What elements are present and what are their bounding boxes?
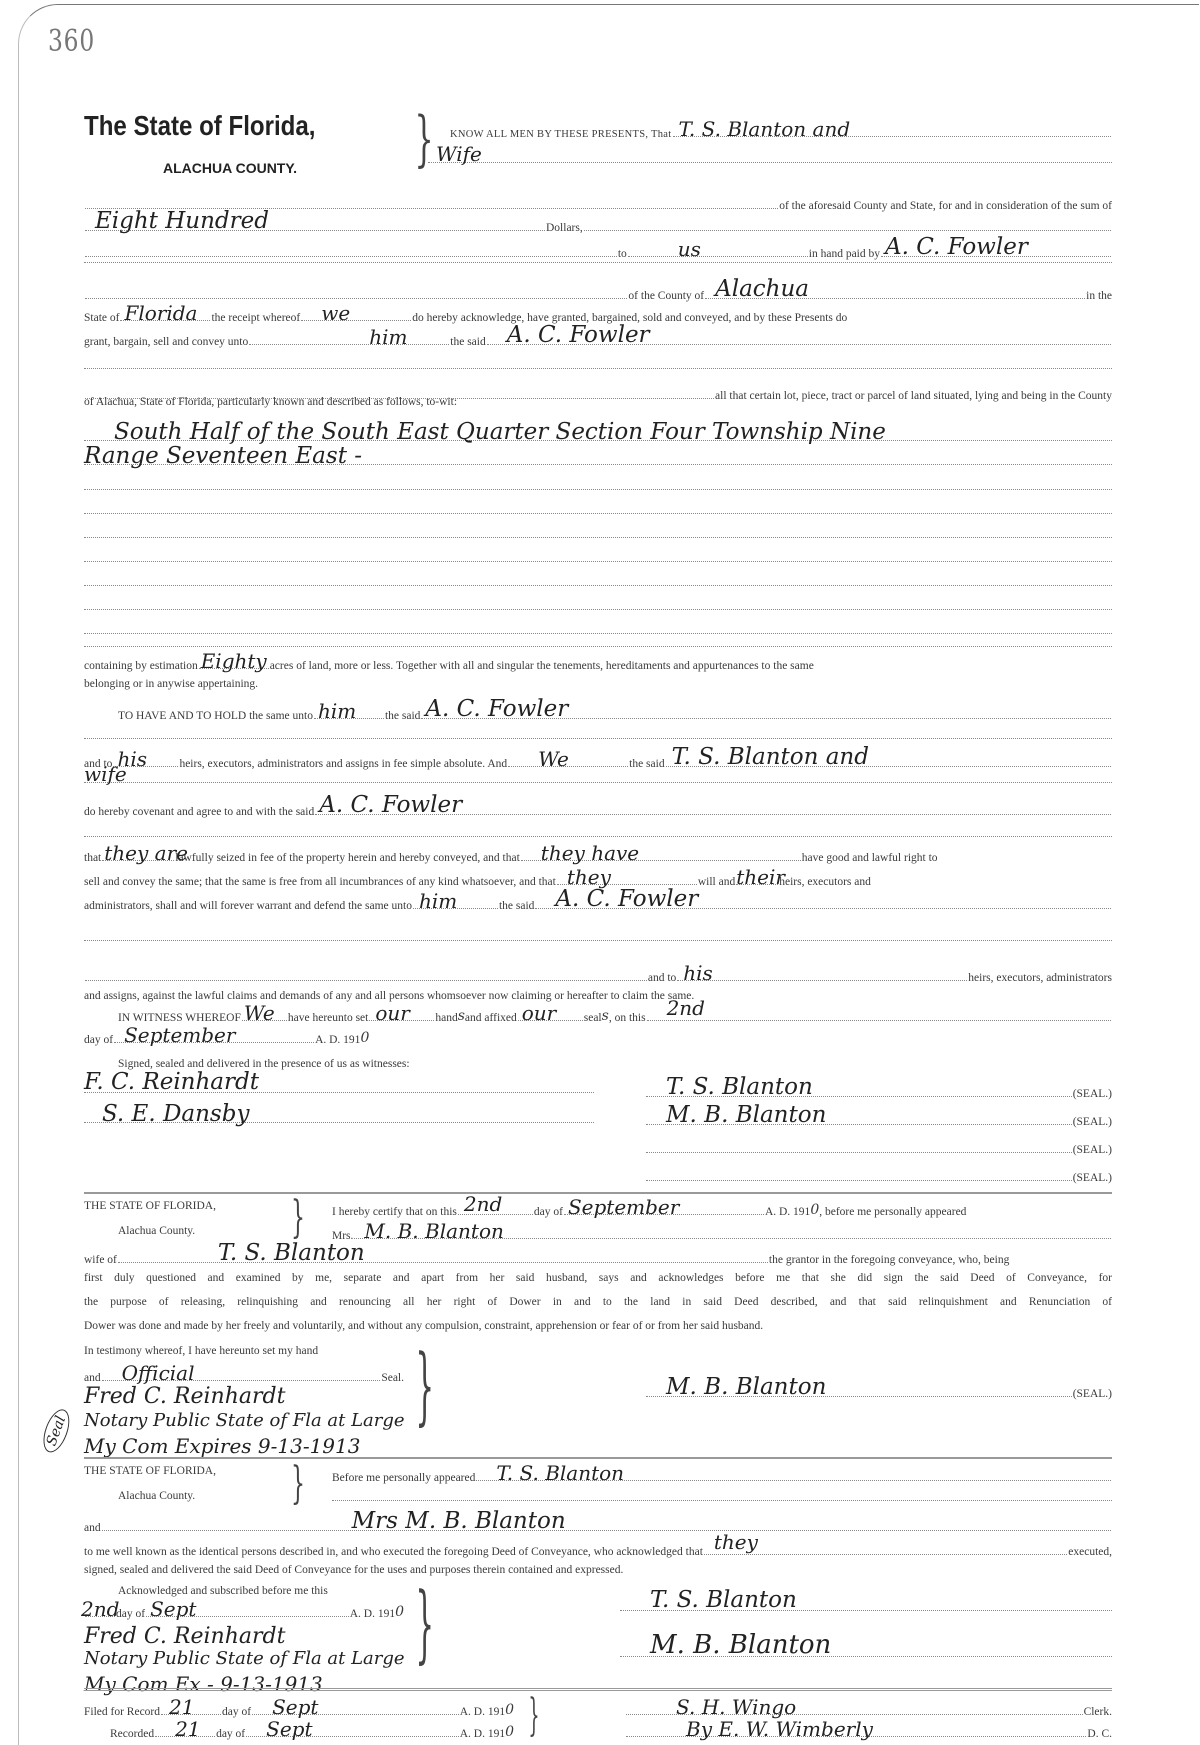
witness-1-handwriting: F. C. Reinhardt	[84, 1071, 259, 1094]
ack-brace: }	[291, 1458, 305, 1509]
witness-we-handwriting: We	[244, 1003, 275, 1023]
acreage-handwriting: Eighty	[201, 651, 267, 671]
blank-line	[84, 585, 1112, 586]
ack-date-line: 2nd day of Sept A. D. 191 0	[84, 1598, 404, 1622]
state-handwriting: Florida	[124, 303, 197, 323]
heirs-line: and to his heirs, executors, administrat…	[84, 748, 1112, 772]
page-number: 360	[48, 24, 95, 59]
county-of-line: of the County of Alachua in the	[84, 280, 1112, 304]
grantors-handwriting: T. S. Blanton and	[679, 119, 851, 139]
we-handwriting: We	[538, 749, 569, 769]
dower-signature-row: M. B. Blanton (SEAL.)	[645, 1378, 1112, 1402]
blank-line	[84, 738, 1112, 739]
ack-signature-1-handwriting: T. S. Blanton	[650, 1589, 797, 1612]
county-heading: ALACHUA COUNTY.	[163, 160, 297, 176]
ack-state: THE STATE OF FLORIDA,	[84, 1465, 216, 1477]
ack-month-handwriting: Sept	[150, 1599, 196, 1619]
blank-line	[84, 646, 1112, 647]
dower-paragraph-1: first duly questioned and examined by me…	[84, 1272, 1112, 1284]
seized-line: that they are lawfully seized in fee of …	[84, 842, 1112, 866]
dower-county: Alachua County.	[118, 1225, 195, 1237]
recorded-line: Recorded 21 day of Sept A. D. 191 0	[110, 1718, 514, 1742]
section-divider	[84, 1688, 1112, 1691]
signature-row-4: (SEAL.)	[645, 1162, 1112, 1186]
grant-line: grant, bargain, sell and convey unto him…	[84, 326, 1112, 350]
recorded-day-handwriting: 21	[175, 1719, 200, 1739]
header-brace: }	[415, 104, 434, 174]
paid-by-handwriting: A. C. Fowler	[885, 236, 1028, 259]
intro-text: KNOW ALL MEN BY THESE PRESENTS, That	[450, 129, 672, 142]
official-handwriting: Official	[122, 1363, 195, 1383]
witness-whereof-line: IN WITNESS WHEREOF We have hereunto set …	[118, 1002, 1112, 1026]
land-description-handwriting-2: Range Seventeen East -	[84, 445, 362, 468]
ack-notary-title-handwriting: Notary Public State of Fla at Large	[84, 1648, 405, 1669]
section-divider	[84, 1457, 1112, 1459]
receipt-handwriting: we	[321, 303, 350, 323]
deed-page: 360 The State of Florida, ALACHUA COUNTY…	[0, 0, 1200, 1745]
amount-line: Eight Hundred Dollars,	[84, 212, 1112, 236]
they-handwriting: they	[567, 867, 611, 887]
wife-handwriting: wife	[84, 764, 127, 784]
paid-by-line: to us in hand paid by A. C. Fowler	[84, 238, 1112, 262]
habendum-pronoun-handwriting: him	[318, 701, 356, 721]
amount-handwriting: Eight Hundred	[95, 210, 269, 233]
document-title: The State of Florida,	[84, 110, 315, 142]
signature-1-handwriting: T. S. Blanton	[666, 1076, 813, 1099]
grantee-handwriting: A. C. Fowler	[507, 324, 650, 347]
they-are-handwriting: they are	[104, 843, 188, 863]
ack-and-line: and Mrs M. B. Blanton	[84, 1512, 1112, 1536]
land-description-handwriting-1: South Half of the South East Quarter Sec…	[114, 421, 886, 444]
acreage-text-2: belonging or in anywise appertaining.	[84, 678, 258, 690]
blank-line	[84, 609, 1112, 610]
ack-person-1-handwriting: T. S. Blanton	[496, 1463, 624, 1483]
testimony-text: In testimony whereof, I have hereunto se…	[84, 1345, 318, 1357]
ack-notary-brace: }	[415, 1574, 434, 1672]
covenant-line: do hereby covenant and agree to and with…	[84, 796, 1112, 820]
county-handwriting: Alachua	[715, 278, 809, 301]
filed-day-handwriting: 21	[169, 1697, 194, 1717]
habendum-grantee-handwriting: A. C. Fowler	[425, 698, 568, 721]
blank-line	[84, 537, 1112, 538]
dower-notary-commission-handwriting: My Com Expires 9-13-1913	[84, 1434, 360, 1458]
deputy-clerk-signature-handwriting: By E. W. Wimberly	[686, 1719, 873, 1739]
and-to-his-handwriting: his	[683, 963, 713, 983]
dower-notary-title-handwriting: Notary Public State of Fla at Large	[84, 1410, 405, 1431]
blank-line	[84, 561, 1112, 562]
witness-our2-handwriting: our	[522, 1003, 556, 1023]
grantee-pronoun-handwriting: him	[369, 327, 407, 347]
deputy-clerk-line: By E. W. Wimberly D. C.	[625, 1718, 1112, 1742]
warrant-pronoun-handwriting: him	[419, 891, 457, 911]
ack-signature-line-2: M. B. Blanton	[620, 1656, 1112, 1657]
dower-mrs-line: Mrs. M. B. Blanton	[332, 1220, 1112, 1244]
section-divider	[84, 1192, 1112, 1194]
blank-line	[84, 836, 1112, 837]
ack-known-line: to me well known as the identical person…	[84, 1536, 1112, 1560]
warrant-grantee-handwriting: A. C. Fowler	[555, 888, 698, 911]
witness-date-line: day of September A. D. 191 0	[84, 1024, 484, 1048]
ack-they-handwriting: they	[714, 1532, 758, 1552]
ack-subscribed-text: Acknowledged and subscribed before me th…	[118, 1585, 328, 1597]
witness-our-handwriting: our	[375, 1003, 409, 1023]
signature-row-2: M. B. Blanton (SEAL.)	[645, 1106, 1112, 1130]
dower-certify-line: I hereby certify that on this 2nd day of…	[332, 1196, 1112, 1220]
dower-signature-handwriting: M. B. Blanton	[666, 1376, 826, 1399]
testimony-brace: }	[415, 1336, 434, 1434]
ack-signature-2-handwriting: M. B. Blanton	[650, 1632, 831, 1658]
witness-day-handwriting: 2nd	[667, 998, 705, 1018]
signature-row-1: T. S. Blanton (SEAL.)	[645, 1078, 1112, 1102]
dower-month-handwriting: September	[568, 1197, 679, 1217]
ack-person-2-handwriting: Mrs M. B. Blanton	[352, 1510, 566, 1533]
blank-line	[84, 513, 1112, 514]
witness-2-handwriting: S. E. Dansby	[102, 1103, 249, 1126]
filed-month-handwriting: Sept	[272, 1697, 318, 1717]
wife-line: wife	[84, 782, 1112, 783]
witness-line-2: S. E. Dansby	[84, 1122, 594, 1123]
blank-line	[84, 262, 1112, 263]
they-have-handwriting: they have	[541, 843, 639, 863]
clerk-signature-handwriting: S. H. Wingo	[676, 1697, 796, 1717]
acreage-line: containing by estimation Eighty acres of…	[84, 650, 1112, 674]
habendum-grantors-handwriting: T. S. Blanton and	[672, 746, 869, 769]
ack-notary-name-handwriting: Fred C. Reinhardt	[84, 1624, 285, 1649]
to-handwriting: us	[678, 239, 701, 259]
intro-line: KNOW ALL MEN BY THESE PRESENTS, That T. …	[450, 118, 1112, 142]
ack-notary-commission-handwriting: My Com Ex - 9-13-1913	[84, 1672, 323, 1696]
ack-signed-text: signed, sealed and delivered the said De…	[84, 1564, 623, 1576]
grantors-wife-handwriting: Wife	[436, 144, 482, 164]
warrant-defend-line: administrators, shall and will forever w…	[84, 890, 1112, 914]
witness-month-handwriting: September	[124, 1025, 235, 1045]
witness-line-1: F. C. Reinhardt	[84, 1092, 594, 1093]
signature-row-3: (SEAL.)	[645, 1134, 1112, 1158]
habendum-line: TO HAVE AND TO HOLD the same unto him th…	[118, 700, 1112, 724]
dower-husband-handwriting: T. S. Blanton	[218, 1242, 365, 1265]
signature-2-handwriting: M. B. Blanton	[666, 1104, 826, 1127]
recorded-month-handwriting: Sept	[266, 1719, 312, 1739]
ack-county: Alachua County.	[118, 1490, 195, 1502]
grantors-line-2: Wife	[428, 162, 1112, 163]
blank-line	[332, 1500, 1112, 1501]
description-line-2: Range Seventeen East -	[84, 464, 1112, 465]
covenant-handwriting: A. C. Fowler	[319, 794, 462, 817]
description-line-1: South Half of the South East Quarter Sec…	[84, 440, 1112, 441]
their-handwriting: their	[736, 867, 785, 887]
dower-paragraph-2: the purpose of releasing, relinquishing …	[84, 1296, 1112, 1308]
dower-state: THE STATE OF FLORIDA,	[84, 1200, 216, 1212]
blank-line	[84, 489, 1112, 490]
dower-brace: }	[291, 1192, 305, 1243]
ack-day-handwriting: 2nd	[81, 1599, 119, 1619]
recording-brace: }	[528, 1690, 539, 1741]
official-seal-line: and Official Seal.	[84, 1362, 404, 1386]
dower-mrs-handwriting: M. B. Blanton	[364, 1221, 503, 1241]
blank-line	[84, 940, 1112, 941]
ack-appeared-line: Before me personally appeared T. S. Blan…	[332, 1462, 1112, 1486]
wife-of-line: wife of T. S. Blanton the grantor in the…	[84, 1244, 1112, 1268]
ack-signature-line-1: T. S. Blanton	[620, 1610, 1112, 1611]
dower-day-handwriting: 2nd	[464, 1194, 502, 1214]
blank-line	[84, 633, 1112, 634]
dower-notary-name-handwriting: Fred C. Reinhardt	[84, 1384, 285, 1409]
blank-line	[84, 368, 1112, 369]
county-description-text: of Alachua, State of Florida, particular…	[84, 396, 457, 408]
dower-paragraph-3: Dower was done and made by her freely an…	[84, 1320, 763, 1332]
and-to-his-line: and to his heirs, executors, administrat…	[84, 962, 1112, 986]
